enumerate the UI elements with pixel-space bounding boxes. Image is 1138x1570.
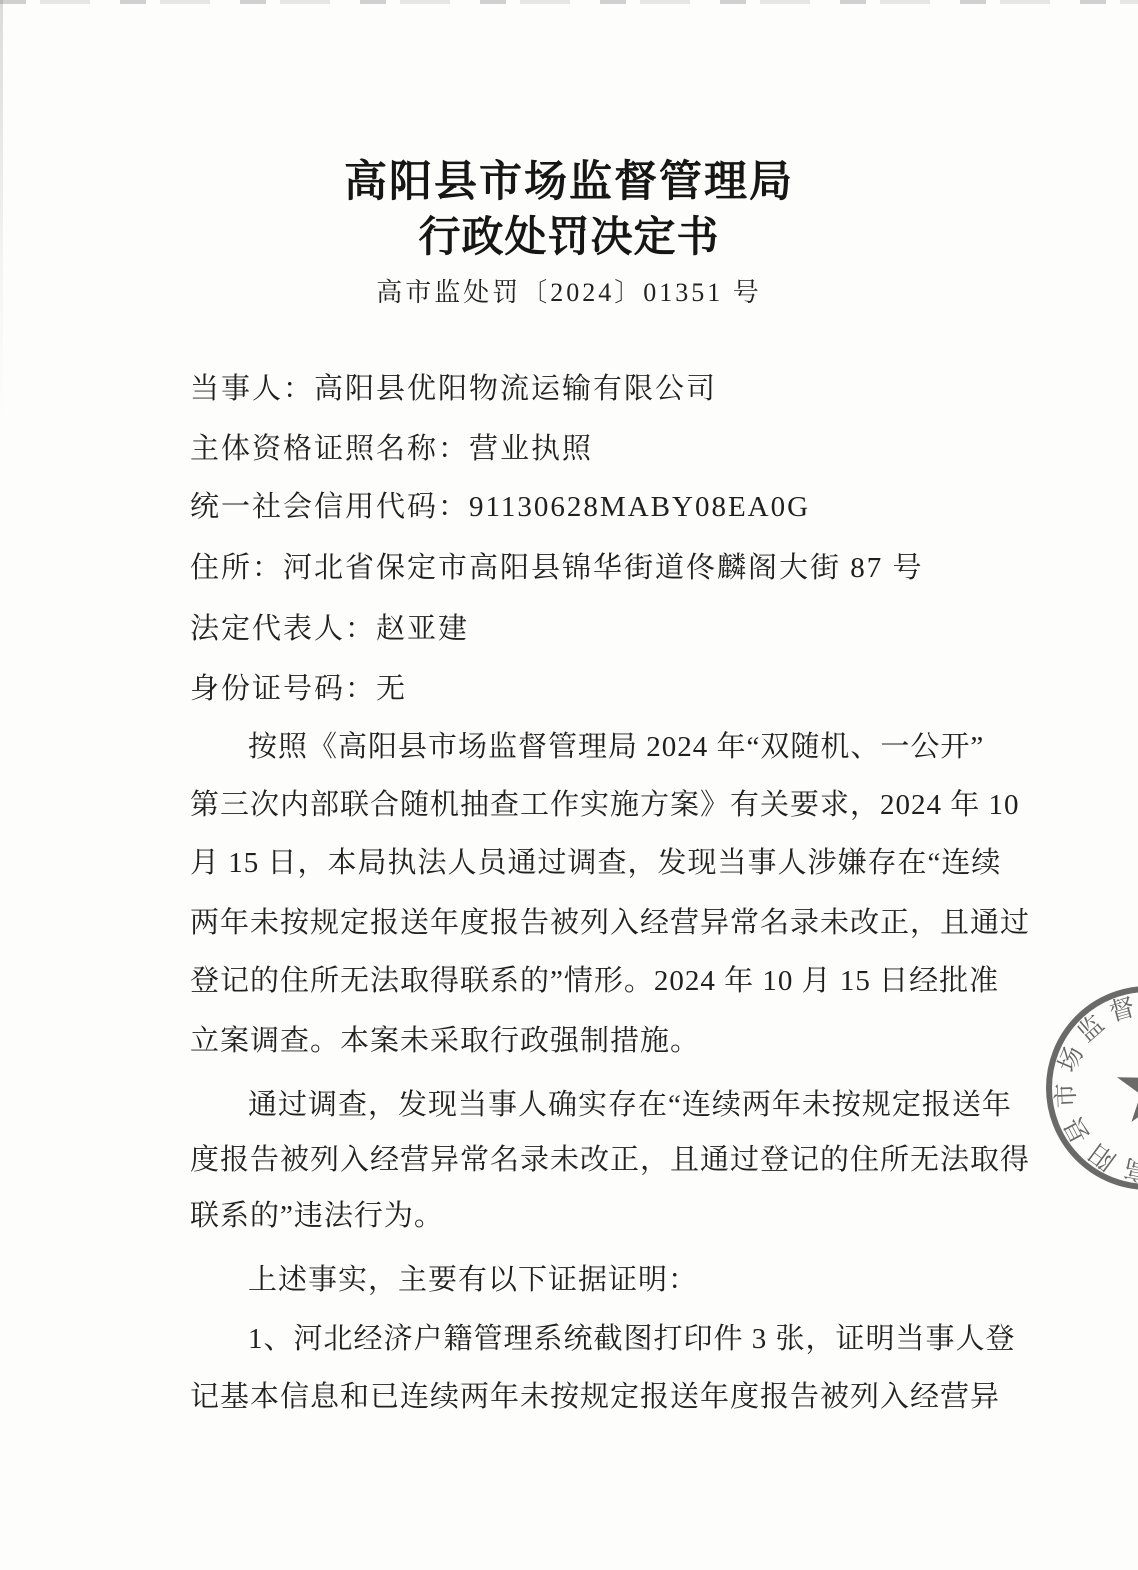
document-title: 高阳县市场监督管理局 — [0, 148, 1138, 209]
id-number-line: 身份证号码：无 — [190, 672, 995, 706]
body-paragraph1-line2: 第三次内部联合随机抽查工作实施方案》有关要求，2024 年 10 — [190, 788, 995, 822]
evidence-intro-line: 上述事实，主要有以下证据证明： — [190, 1263, 1053, 1297]
seal-star-icon — [1117, 1050, 1138, 1122]
svg-text:高阳县市场监督管理局: 高阳县市场监督管理局 — [1051, 991, 1138, 1186]
scanned-document-page: 高阳县市场监督管理局 行政处罚决定书 高市监处罚〔2024〕01351 号 当事… — [0, 0, 1138, 1570]
address-line: 住所：河北省保定市高阳县锦华街道佟麟阁大街 87 号 — [190, 551, 995, 585]
credit-code-line: 统一社会信用代码：91130628MABY08EA0G — [190, 490, 995, 524]
body-paragraph2-line3: 联系的”违法行为。 — [190, 1199, 995, 1233]
evidence-item1-line2: 记基本信息和已连续两年未按规定报送年度报告被列入经营异 — [190, 1380, 995, 1414]
body-paragraph2-line2: 度报告被列入经营异常名录未改正，且通过登记的住所无法取得 — [190, 1143, 995, 1177]
document-subtitle: 行政处罚决定书 — [0, 204, 1138, 264]
scan-artifact-top-edge — [0, 0, 1138, 4]
body-paragraph1-line6: 立案调查。本案未采取行政强制措施。 — [190, 1024, 995, 1058]
body-paragraph2-line1: 通过调查，发现当事人确实存在“连续两年未按规定报送年 — [190, 1088, 1053, 1122]
evidence-item1-line1: 1、河北经济户籍管理系统截图打印件 3 张，证明当事人登 — [190, 1322, 1053, 1356]
party-name-line: 当事人：高阳县优阳物流运输有限公司 — [190, 372, 995, 406]
license-name-line: 主体资格证照名称：营业执照 — [190, 432, 995, 466]
body-paragraph1-line4: 两年未按规定报送年度报告被列入经营异常名录未改正，且通过 — [190, 906, 995, 940]
document-number: 高市监处罚〔2024〕01351 号 — [0, 272, 1138, 309]
legal-representative-line: 法定代表人：赵亚建 — [190, 612, 995, 646]
seal-ring — [1049, 989, 1138, 1187]
seal-text: 高阳县市场监督管理局 — [1051, 991, 1138, 1186]
body-paragraph1-line3: 月 15 日，本局执法人员通过调查，发现当事人涉嫌存在“连续 — [190, 846, 995, 880]
body-paragraph1-line1: 按照《高阳县市场监督管理局 2024 年“双随机、一公开” — [190, 730, 1053, 764]
body-paragraph1-line5: 登记的住所无法取得联系的”情形。2024 年 10 月 15 日经批准 — [190, 964, 995, 998]
